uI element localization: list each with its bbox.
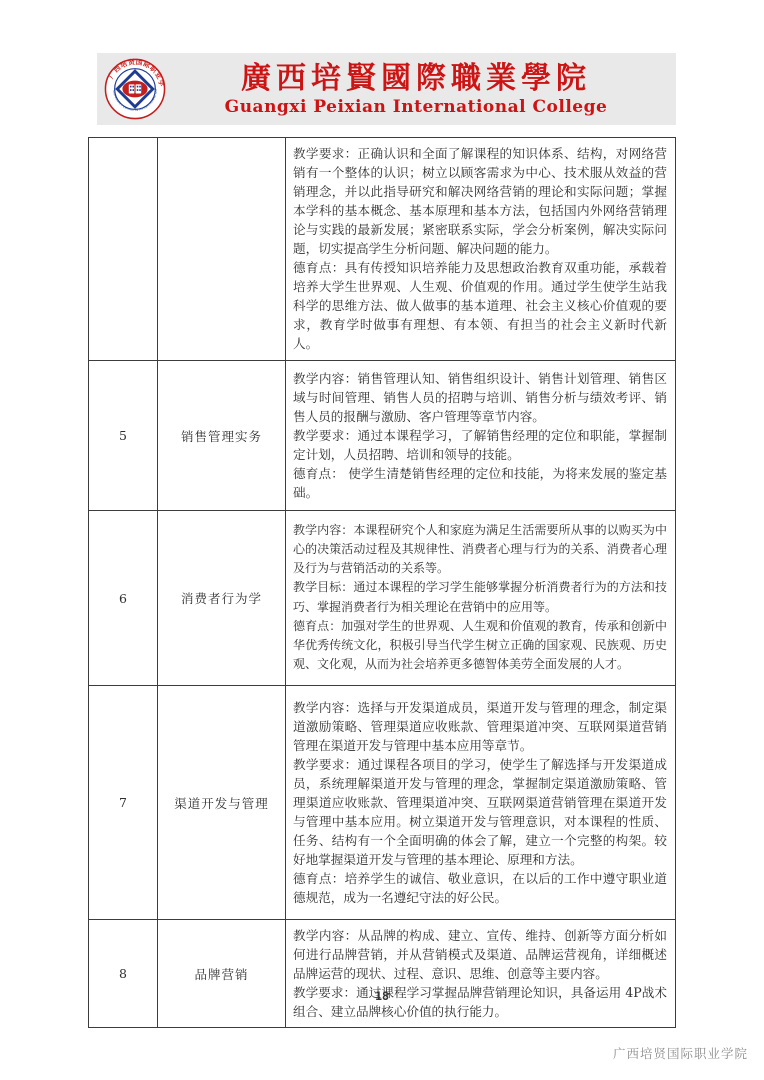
course-detail-cell: 教学内容：选择与开发渠道成员，渠道开发与管理的理念，制定渠道激励策略、管理渠道应… <box>286 686 676 920</box>
moral-education-paragraph: 德育点：加强对学生的世界观、人生观和价值观的教育，传承和创新中华优秀传统文化，积… <box>293 617 667 675</box>
teaching-requirement-paragraph: 教学要求：通过本课程学习，了解销售经理的定位和职能，掌握制定计划，人员招聘、培训… <box>293 426 667 464</box>
row-number-cell: 5 <box>89 361 158 511</box>
course-name-cell: 消费者行为学 <box>158 511 286 686</box>
row-number-cell <box>89 138 158 361</box>
course-detail-cell: 教学内容：从品牌的构成、建立、宣传、维持、创新等方面分析如何进行品牌营销，并从营… <box>286 920 676 1028</box>
row-number-cell: 6 <box>89 511 158 686</box>
moral-education-paragraph: 德育点：培养学生的诚信、敬业意识，在以后的工作中遵守职业道德规范，成为一名遵纪守… <box>293 869 667 907</box>
row-number-cell: 7 <box>89 686 158 920</box>
table-row: 6 消费者行为学 教学内容：本课程研究个人和家庭为满足生活需要所从事的以购买为中… <box>89 511 676 686</box>
table-row: 5 销售管理实务 教学内容：销售管理认知、销售组织设计、销售计划管理、销售区域与… <box>89 361 676 511</box>
teaching-content-paragraph: 教学内容：本课程研究个人和家庭为满足生活需要所从事的以购买为中心的决策活动过程及… <box>293 521 667 579</box>
teaching-goal-paragraph: 教学目标：通过本课程的学习学生能够掌握分析消费者行为的方法和技巧、掌握消费者行为… <box>293 578 667 616</box>
college-header: 广西培贤国际职业学院 GUANGXI PEIXIAN INTERNATIONAL… <box>97 53 676 125</box>
teaching-content-paragraph: 教学内容：销售管理认知、销售组织设计、销售计划管理、销售区域与时间管理、销售人员… <box>293 369 667 426</box>
footer-college-name: 广西培贤国际职业学院 <box>613 1044 748 1062</box>
teaching-content-paragraph: 教学内容：选择与开发渠道成员，渠道开发与管理的理念，制定渠道激励策略、管理渠道应… <box>293 698 667 755</box>
moral-education-paragraph: 德育点：具有传授知识培养能力及思想政治教育双重功能，承载着培养大学生世界观、人生… <box>293 258 667 353</box>
teaching-requirement-paragraph: 教学要求：正确认识和全面了解课程的知识体系、结构，对网络营销有一个整体的认识；树… <box>293 144 667 258</box>
teaching-requirement-paragraph: 教学要求：通过课程各项目的学习，使学生了解选择与开发渠道成员，系统理解渠道开发与… <box>293 755 667 869</box>
course-name-cell: 渠道开发与管理 <box>158 686 286 920</box>
document-page: { "header": { "logo": "college-seal", "l… <box>0 0 764 1080</box>
table-row: 7 渠道开发与管理 教学内容：选择与开发渠道成员，渠道开发与管理的理念，制定渠道… <box>89 686 676 920</box>
course-name-cell: 销售管理实务 <box>158 361 286 511</box>
college-title-zh: 廣西培賢國際職業學院 <box>241 62 591 96</box>
course-name-cell: 品牌营销 <box>158 920 286 1028</box>
course-table: 教学要求：正确认识和全面了解课程的知识体系、结构，对网络营销有一个整体的认识；树… <box>88 137 676 1028</box>
row-number-cell: 8 <box>89 920 158 1028</box>
college-titles: 廣西培賢國際職業學院 Guangxi Peixian International… <box>166 62 666 117</box>
table-row: 8 品牌营销 教学内容：从品牌的构成、建立、宣传、维持、创新等方面分析如何进行品… <box>89 920 676 1028</box>
course-detail-cell: 教学内容：本课程研究个人和家庭为满足生活需要所从事的以购买为中心的决策活动过程及… <box>286 511 676 686</box>
page-number: 18 <box>0 989 764 1003</box>
college-title-en: Guangxi Peixian International College <box>225 97 608 117</box>
college-seal-icon: 广西培贤国际职业学院 GUANGXI PEIXIAN INTERNATIONAL… <box>104 58 166 120</box>
course-name-cell <box>158 138 286 361</box>
course-detail-cell: 教学要求：正确认识和全面了解课程的知识体系、结构，对网络营销有一个整体的认识；树… <box>286 138 676 361</box>
moral-education-paragraph: 德育点： 使学生清楚销售经理的定位和技能，为将来发展的鉴定基础。 <box>293 464 667 502</box>
course-detail-cell: 教学内容：销售管理认知、销售组织设计、销售计划管理、销售区域与时间管理、销售人员… <box>286 361 676 511</box>
table-row: 教学要求：正确认识和全面了解课程的知识体系、结构，对网络营销有一个整体的认识；树… <box>89 138 676 361</box>
teaching-content-paragraph: 教学内容：从品牌的构成、建立、宣传、维持、创新等方面分析如何进行品牌营销，并从营… <box>293 926 667 983</box>
